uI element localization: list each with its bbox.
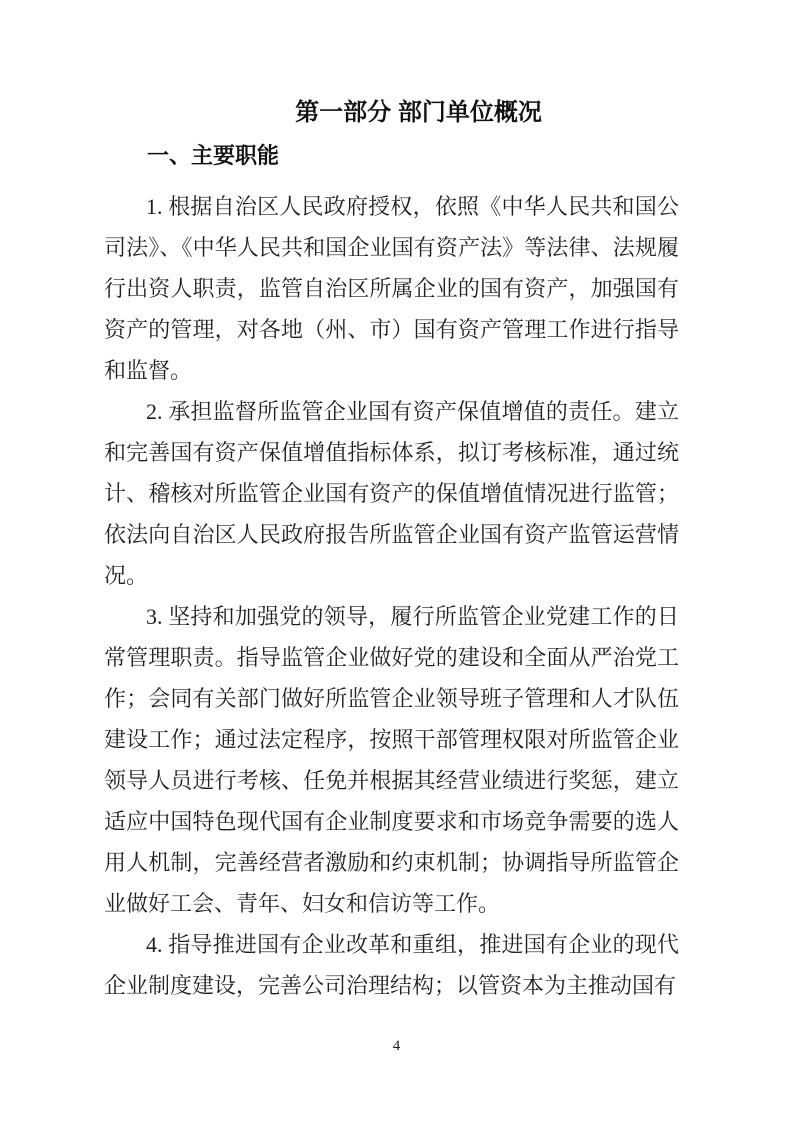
paragraph-1: 1. 根据自治区人民政府授权，依照《中华人民共和国公司法》、《中华人民共和国企业… [104, 186, 679, 391]
paragraph-2: 2. 承担监督所监管企业国有资产保值增值的责任。建立和完善国有资产保值增值指标体… [104, 391, 679, 596]
document-page: 第一部分 部门单位概况 一、主要职能 1. 根据自治区人民政府授权，依照《中华人… [0, 0, 793, 1122]
page-number: 4 [0, 1038, 793, 1055]
page-content: 第一部分 部门单位概况 一、主要职能 1. 根据自治区人民政府授权，依照《中华人… [104, 96, 679, 1006]
section-heading: 一、主要职能 [104, 142, 679, 170]
paragraph-4: 4. 指导推进国有企业改革和重组，推进国有企业的现代企业制度建设，完善公司治理结… [104, 924, 679, 1006]
paragraph-3: 3. 坚持和加强党的领导，履行所监管企业党建工作的日常管理职责。指导监管企业做好… [104, 596, 679, 924]
page-title: 第一部分 部门单位概况 [104, 96, 679, 130]
